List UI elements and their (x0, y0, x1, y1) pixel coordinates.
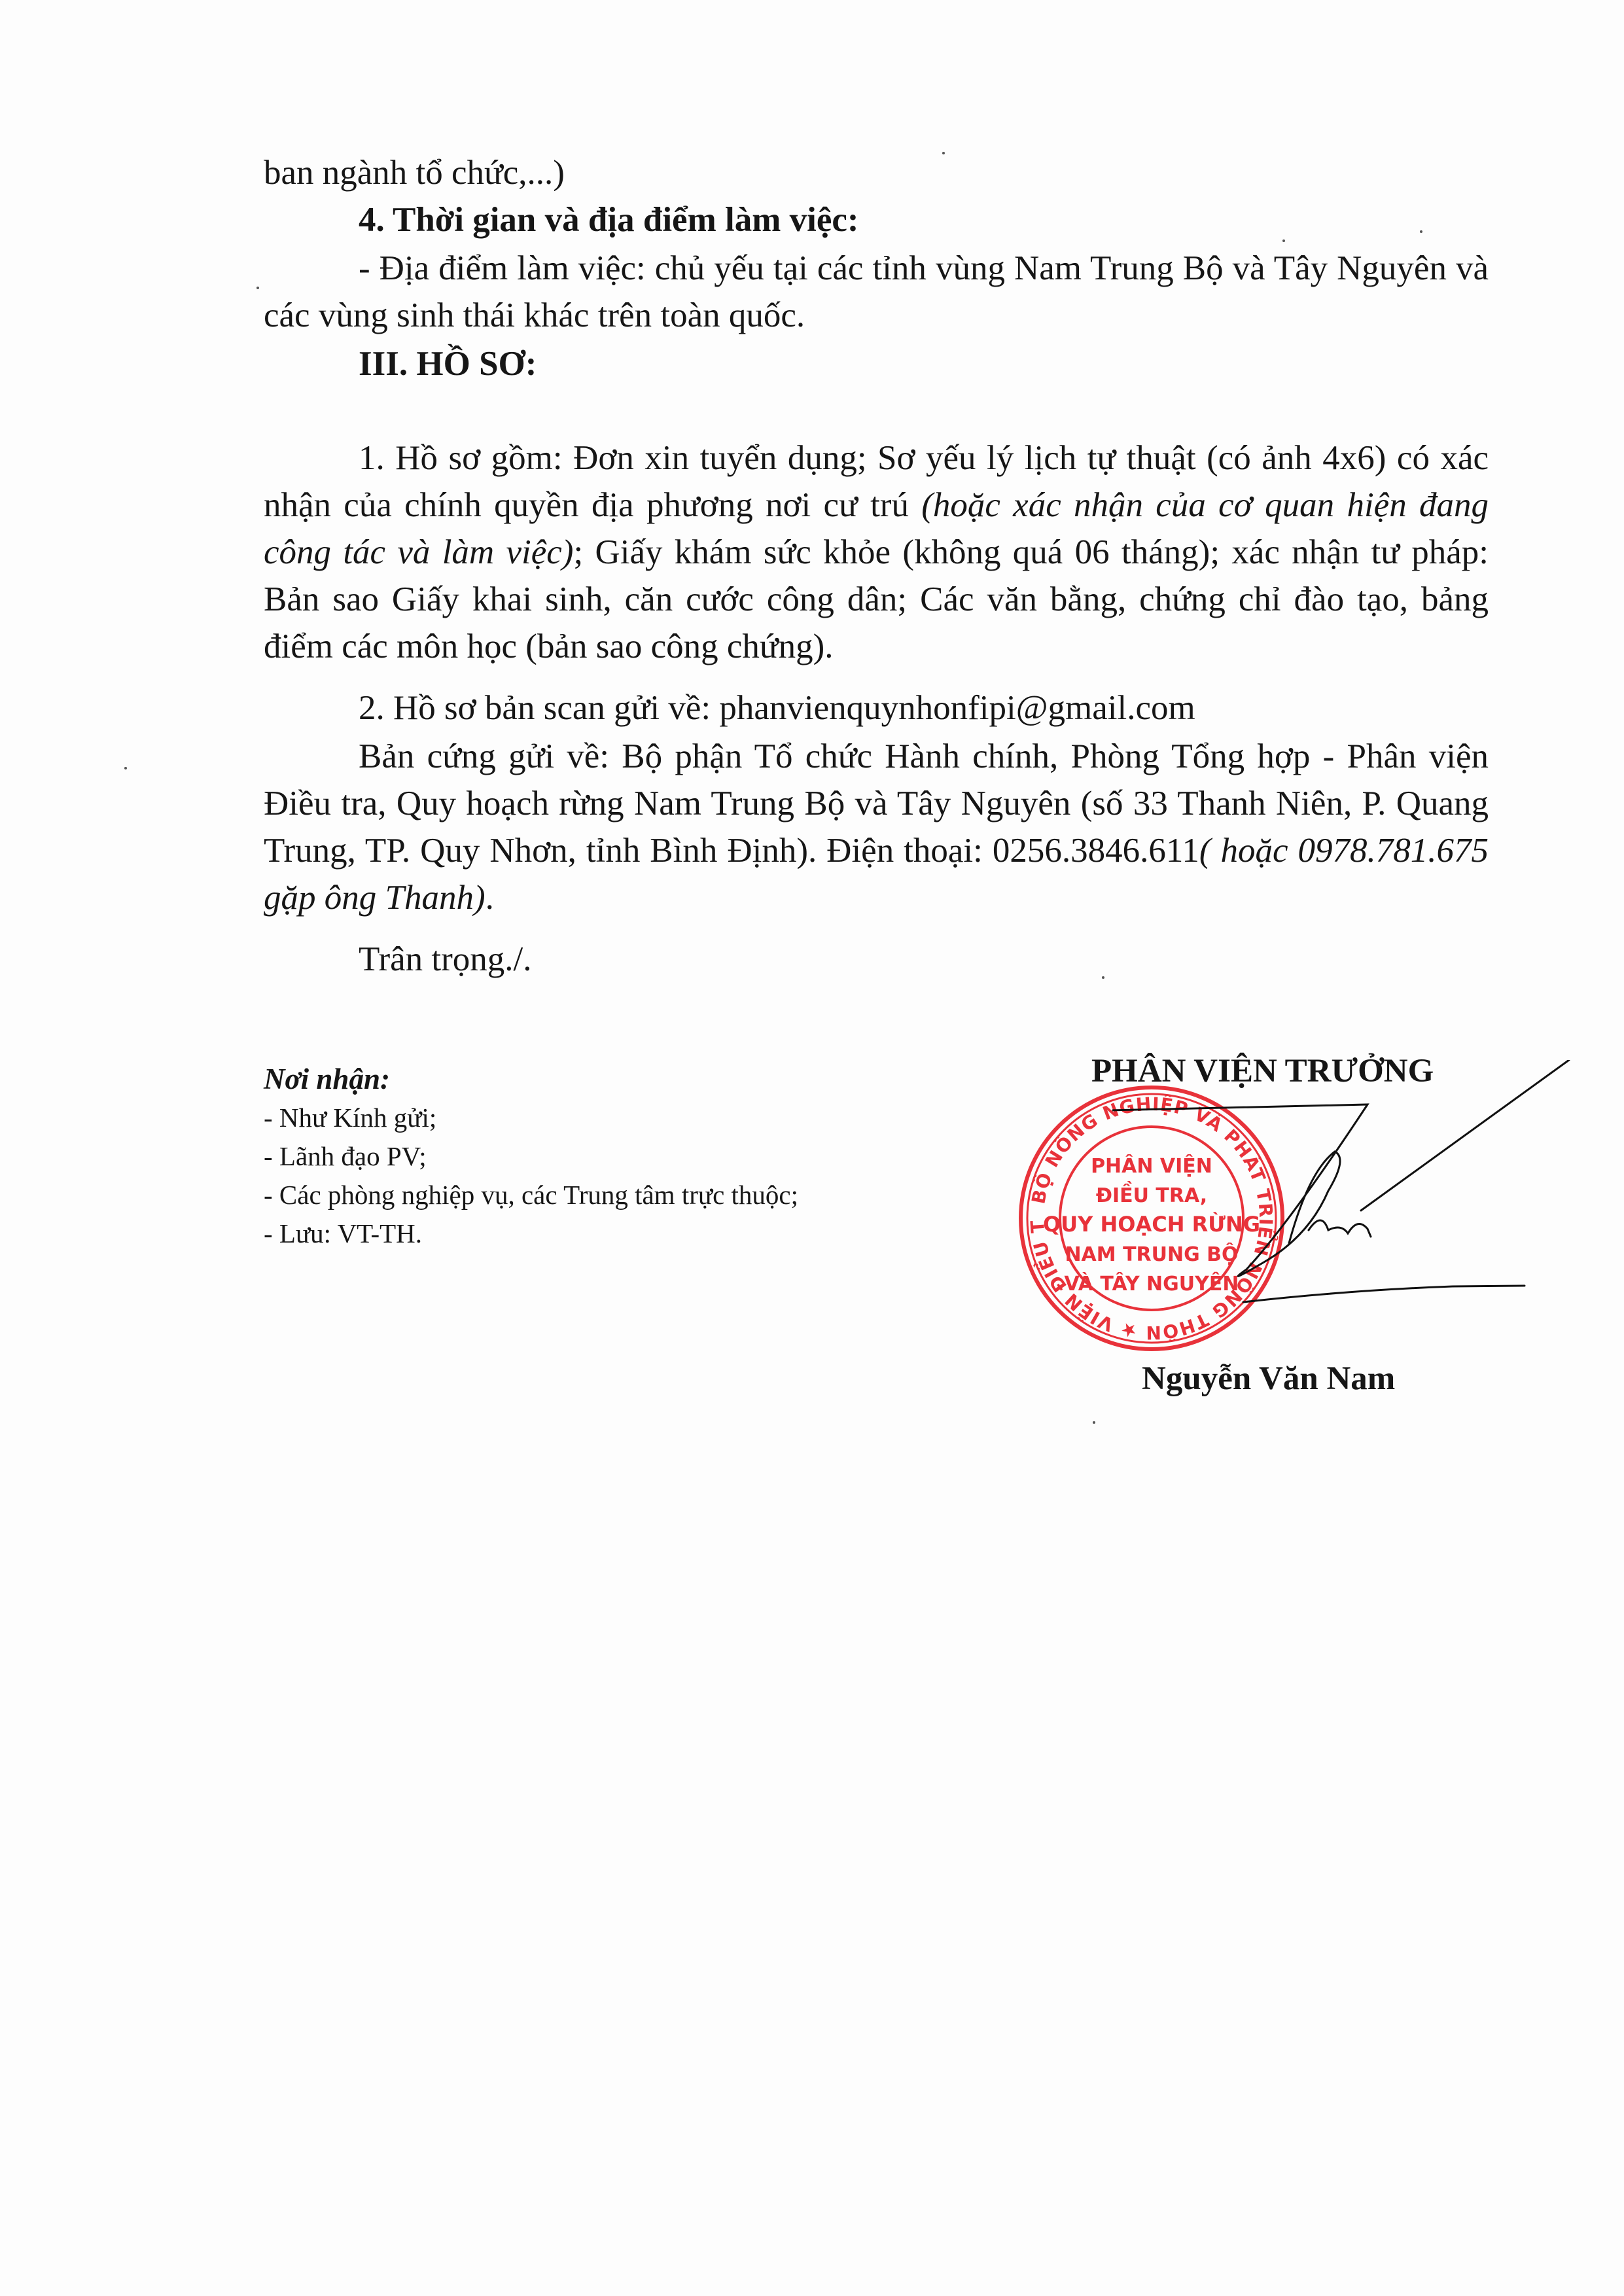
section-4-heading: 4. Thời gian và địa điểm làm việc: (264, 196, 1489, 243)
dossier-item-2-label: 2. Hồ sơ bản scan gửi về: (359, 689, 719, 727)
hardcopy-end: . (485, 879, 494, 917)
hardcopy-paragraph: Bản cứng gửi về: Bộ phận Tổ chức Hành ch… (264, 733, 1489, 921)
recipient-item: - Như Kính gửi; (264, 1099, 798, 1137)
handwritten-signature-icon (1112, 1060, 1583, 1335)
phone-number: 0256.3846.611 (993, 832, 1199, 870)
scan-speck (1093, 1421, 1095, 1424)
scan-speck (1102, 976, 1104, 979)
scan-speck (124, 767, 127, 769)
recipients-title: Nơi nhận: (264, 1060, 798, 1099)
recipient-item: - Lãnh đạo PV; (264, 1137, 798, 1176)
scan-speck (942, 152, 945, 154)
scan-speck (1420, 230, 1422, 233)
closing-text: Trân trọng./. (264, 936, 1489, 983)
dossier-item-2: 2. Hồ sơ bản scan gửi về: phanvienquynho… (264, 684, 1489, 732)
email-link[interactable]: phanvienquynhonfipi@gmail.com (719, 689, 1195, 727)
section-3-heading: III. HỒ SƠ: (264, 340, 1489, 387)
document-page: ban ngành tổ chức,...) 4. Thời gian và đ… (0, 0, 1624, 2296)
recipient-item: - Các phòng nghiệp vụ, các Trung tâm trự… (264, 1176, 798, 1214)
work-location-paragraph: - Địa điểm làm việc: chủ yếu tại các tỉn… (264, 245, 1489, 339)
scan-speck (256, 287, 259, 289)
scan-speck (1282, 239, 1285, 242)
continuation-text: ban ngành tổ chức,...) (264, 149, 1489, 196)
recipient-item: - Lưu: VT-TH. (264, 1214, 798, 1253)
signatory-name: Nguyễn Văn Nam (1142, 1360, 1395, 1398)
recipients-block: Nơi nhận: - Như Kính gửi; - Lãnh đạo PV;… (264, 1060, 798, 1253)
dossier-item-1: 1. Hồ sơ gồm: Đơn xin tuyển dụng; Sơ yếu… (264, 434, 1489, 670)
